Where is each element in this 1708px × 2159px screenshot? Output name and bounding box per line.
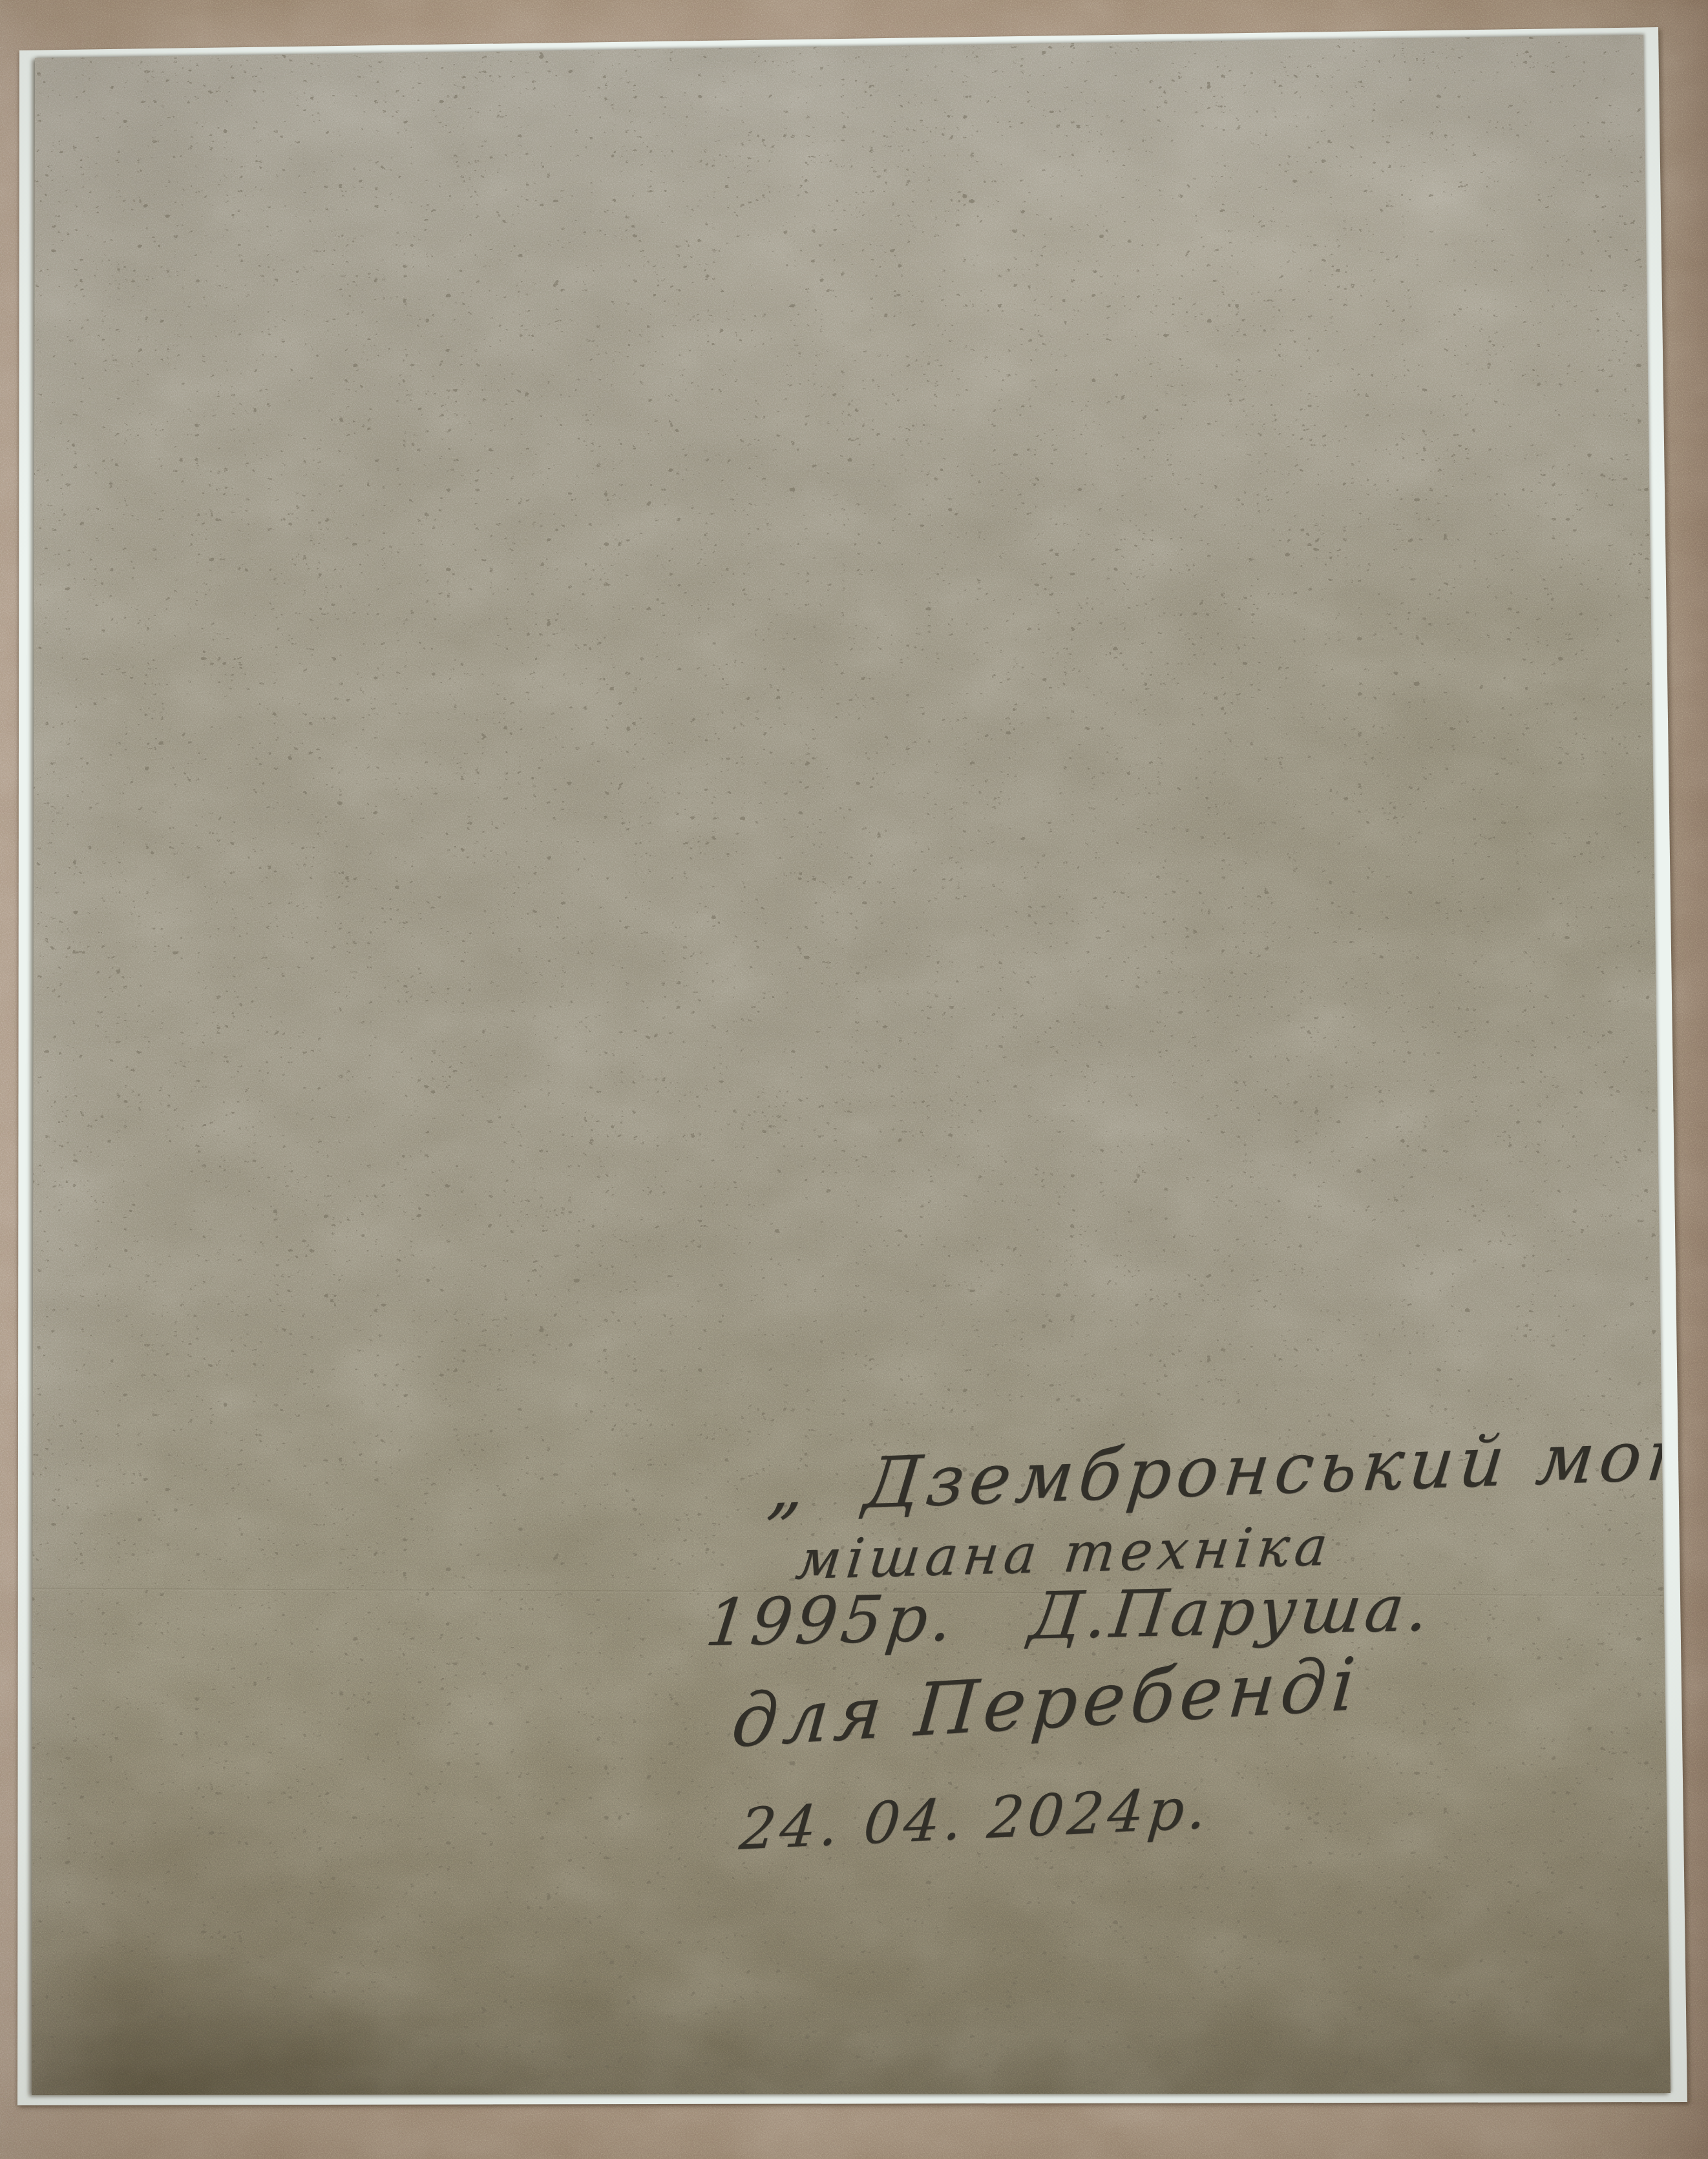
photo-artwork-back: „ Дзембронський мотив ” мішана техніка 1…	[0, 0, 1708, 2159]
artwork-sheet: „ Дзембронський мотив ” мішана техніка 1…	[0, 0, 1708, 2159]
artwork-sheet-shadow: „ Дзембронський мотив ” мішана техніка 1…	[0, 0, 1708, 2159]
inscription-dedication: для Перебенді	[728, 1642, 1363, 1764]
inscription-date: 24. 04. 2024р.	[737, 1774, 1213, 1863]
inscription-signature: Д.Паруша.	[1026, 1569, 1437, 1654]
inscription-title: „ Дзембронський мотив ”	[764, 1408, 1708, 1528]
handwritten-inscription: „ Дзембронський мотив ” мішана техніка 1…	[0, 0, 1708, 2159]
inscription-year: 1995р.	[702, 1580, 960, 1661]
